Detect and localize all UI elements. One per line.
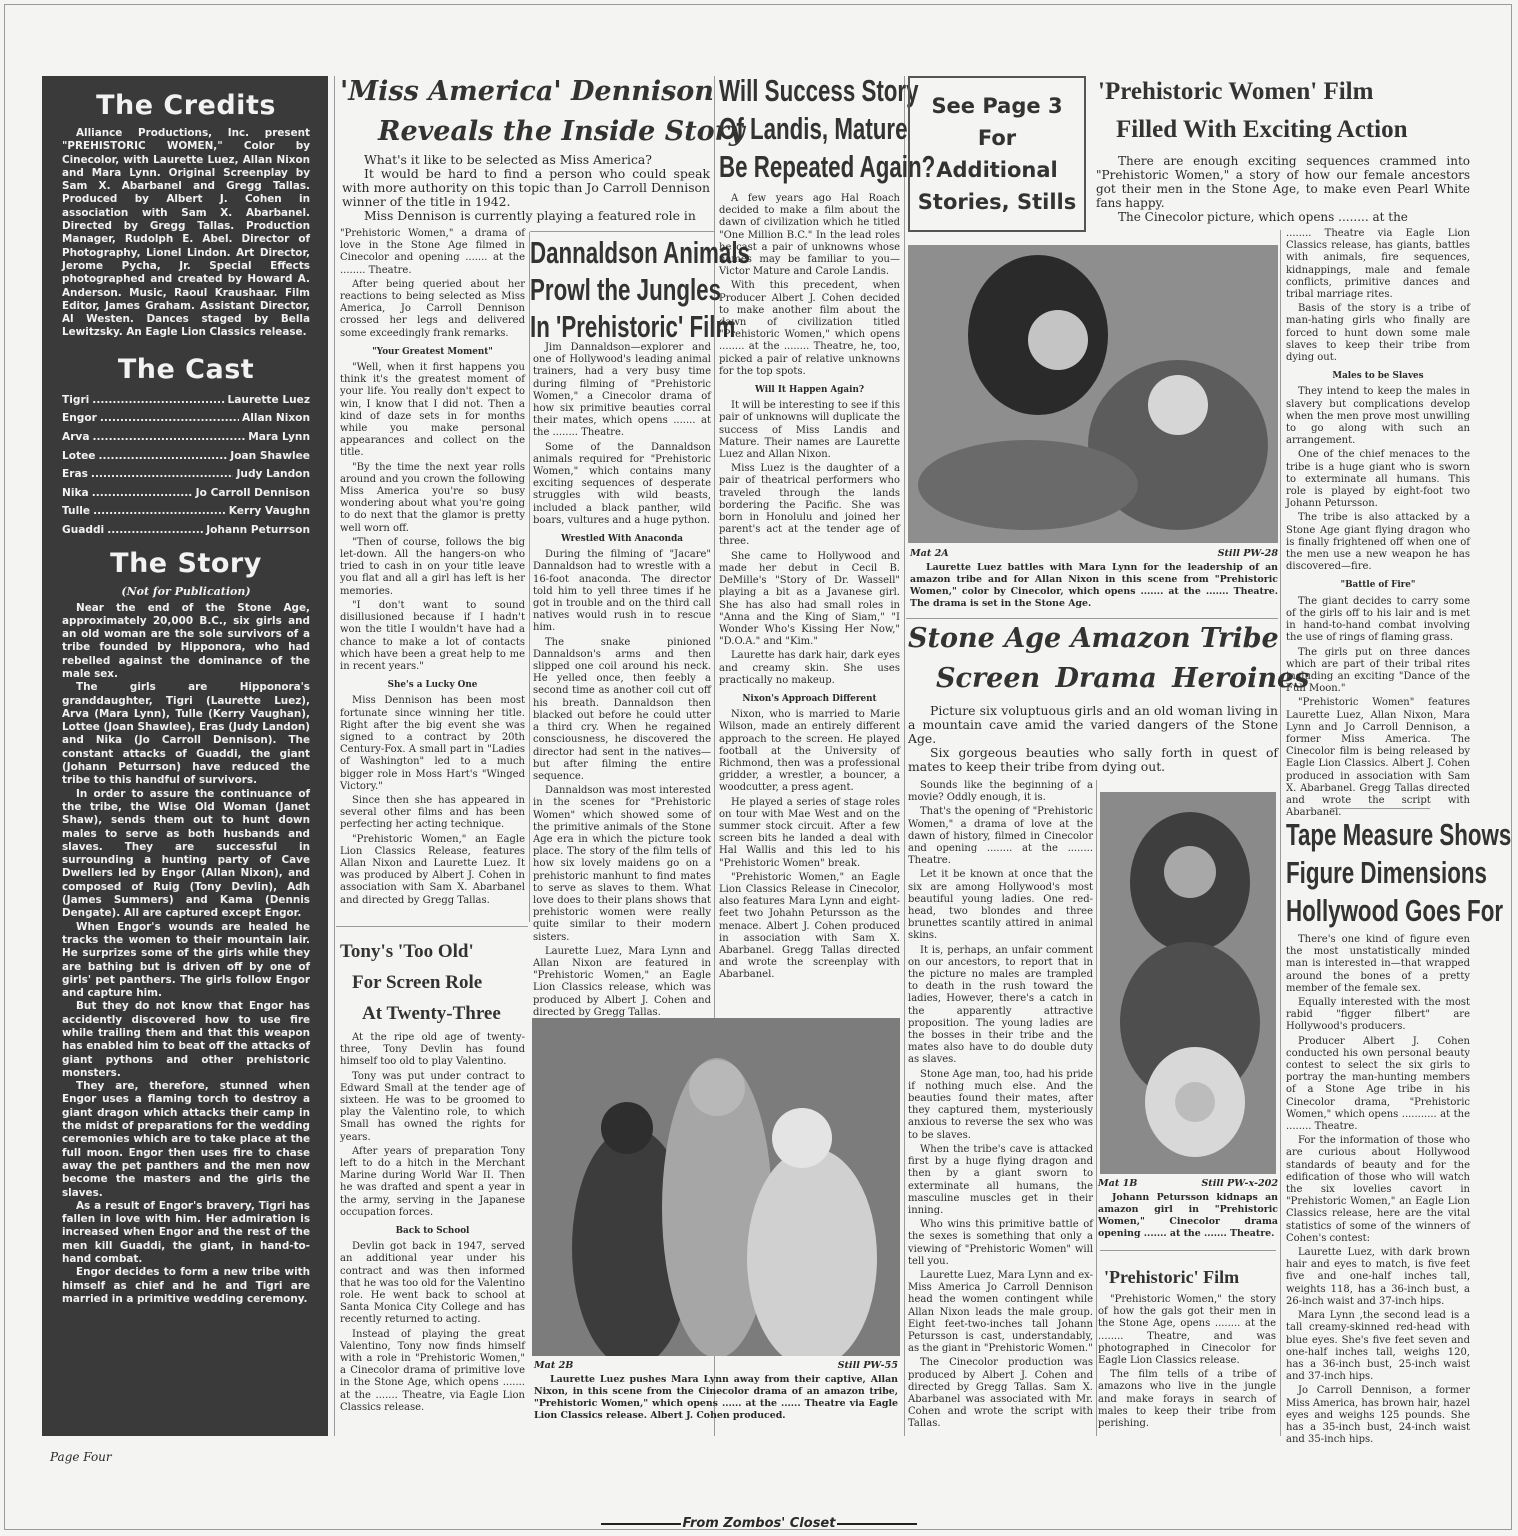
- lead-paragraph: It would be hard to find a person who co…: [342, 167, 710, 209]
- article-paragraph: "Then of course, follows the big let-dow…: [340, 537, 525, 598]
- cast-row: EngorAllan Nixon: [62, 409, 310, 428]
- story-paragraph: Engor decides to form a new tribe with h…: [62, 1266, 310, 1306]
- mat-label: Mat 1B: [1098, 1178, 1137, 1190]
- cast-actor: Judy Landon: [236, 465, 310, 484]
- amazon-headline: Stone Age Amazon Tribe: [908, 620, 1279, 658]
- caption-text: Laurette Luez battles with Mara Lynn for…: [910, 562, 1278, 610]
- photo-2a-caption: Mat 2AStill PW-28 Laurette Luez battles …: [910, 548, 1278, 610]
- article-paragraph: Some of the Dannaldson animals required …: [533, 442, 711, 527]
- headline-line: Hollywood Goes For: [1286, 892, 1511, 930]
- article-paragraph: Mara Lynn ,the second lead is a tall cre…: [1286, 1310, 1470, 1383]
- column-rule: [1280, 230, 1281, 1436]
- photo-image-icon: [1100, 792, 1276, 1174]
- story-paragraph: In order to assure the continuance of th…: [62, 788, 310, 921]
- headline-line: At Twenty-Three: [340, 998, 501, 1029]
- section-rule: [906, 618, 1278, 619]
- divider: [601, 1523, 681, 1525]
- photo-2b-meta: Mat 2BStill PW-55: [534, 1360, 898, 1372]
- subhead: Will It Happen Again?: [719, 384, 900, 396]
- article-paragraph: Miss Dennison has been most fortunate si…: [340, 695, 525, 793]
- article-paragraph: One of the chief menaces to the tribe is…: [1286, 449, 1470, 510]
- article-paragraph: Tony was put under contract to Edward Sm…: [340, 1071, 525, 1144]
- headline-line: Tape Measure Shows: [1286, 816, 1511, 854]
- cast-row: TigriLaurette Luez: [62, 391, 310, 410]
- article-paragraph: During the filming of "Jacare" Dannaldso…: [533, 549, 711, 634]
- headline-line: Figure Dimensions: [1286, 854, 1511, 892]
- tape-measure-body: There's one kind of figure even the most…: [1286, 934, 1470, 1448]
- article-paragraph: Dannaldson was most interested in the sc…: [533, 785, 711, 944]
- cast-list: TigriLaurette Luez EngorAllan Nixon Arva…: [62, 391, 310, 540]
- section-rule: [1100, 1250, 1276, 1251]
- article-paragraph: Laurette Luez, Mara Lynn and ex-Miss Ame…: [908, 1270, 1093, 1355]
- article-paragraph: Instead of playing the great Valentino, …: [340, 1329, 525, 1414]
- article-paragraph: They intend to keep the males in slavery…: [1286, 386, 1470, 447]
- cast-row: NikaJo Carroll Dennison: [62, 484, 310, 503]
- photo-1b-caption: Mat 1BStill PW-x-202 Johann Petursson ki…: [1098, 1178, 1278, 1240]
- story-title: The Story: [62, 548, 310, 579]
- story-paragraph: They are, therefore, stunned when Engor …: [62, 1080, 310, 1200]
- still-photo-2a: [908, 245, 1278, 543]
- article-paragraph: Nixon, who is married to Marie Wilson, m…: [719, 709, 900, 794]
- article-paragraph: ........ Theatre via Eagle Lion Classics…: [1286, 228, 1470, 301]
- cast-title: The Cast: [62, 354, 310, 385]
- miss-america-body: "Prehistoric Women," a drama of love in …: [340, 228, 525, 909]
- box-line: For: [910, 122, 1084, 154]
- article-paragraph: Stone Age man, too, had his pride if not…: [908, 1069, 1093, 1142]
- article-paragraph: "By the time the next year rolls around …: [340, 462, 525, 535]
- cast-role: Tulle: [62, 502, 90, 521]
- section-rule: [1330, 808, 1430, 809]
- article-paragraph: Basis of the story is a tribe of man-hat…: [1286, 303, 1470, 364]
- subhead: Nixon's Approach Different: [719, 693, 900, 705]
- action-film-headline-2: Filled With Exciting Action: [1116, 110, 1407, 150]
- mat-label: Mat 2B: [534, 1360, 573, 1372]
- story-subtitle: (Not for Publication): [62, 585, 310, 598]
- cast-role: Eras: [62, 465, 88, 484]
- action-film-lead: There are enough exciting sequences cram…: [1096, 154, 1470, 224]
- headline-line: For Screen Role: [340, 967, 501, 998]
- cast-actor: Joan Shawlee: [230, 447, 310, 466]
- subhead: "Battle of Fire": [1286, 579, 1470, 591]
- still-label: Still PW-55: [838, 1360, 898, 1372]
- article-paragraph: Jo Carroll Dennison, a former Miss Ameri…: [1286, 1385, 1470, 1446]
- photo-image-icon: [532, 1018, 900, 1356]
- article-paragraph: The girls put on three dances which are …: [1286, 647, 1470, 696]
- article-paragraph: At the ripe old age of twenty-three, Ton…: [340, 1032, 525, 1069]
- still-label: Still PW-28: [1218, 548, 1278, 560]
- cast-row: TulleKerry Vaughn: [62, 502, 310, 521]
- story-paragraph: Near the end of the Stone Age, approxima…: [62, 602, 310, 682]
- article-paragraph: A few years ago Hal Roach decided to mak…: [719, 193, 900, 278]
- story-paragraph: As a result of Engor's bravery, Tigri ha…: [62, 1200, 310, 1266]
- action-film-headline: 'Prehistoric Women' Film: [1098, 72, 1373, 112]
- tony-body: At the ripe old age of twenty-three, Ton…: [340, 1032, 525, 1416]
- photo-1b-meta: Mat 1BStill PW-x-202: [1098, 1178, 1278, 1190]
- miss-america-headline-2: Reveals the Inside Story: [378, 114, 745, 150]
- miss-america-lead: What's it like to be selected as Miss Am…: [342, 153, 710, 223]
- article-paragraph: When the tribe's cave is attacked first …: [908, 1144, 1093, 1217]
- headline-line: Of Landis, Mature: [719, 110, 935, 148]
- lead-paragraph: The Cinecolor picture, which opens .....…: [1096, 210, 1470, 224]
- article-paragraph: Producer Albert J. Cohen conducted his o…: [1286, 1036, 1470, 1134]
- amazon-lead: Picture six voluptuous girls and an old …: [908, 704, 1278, 774]
- cast-role: Guaddi: [62, 521, 104, 540]
- article-paragraph: After being queried about her reactions …: [340, 279, 525, 340]
- lead-paragraph: Six gorgeous beauties who sally forth in…: [908, 746, 1278, 774]
- photo-image-icon: [908, 245, 1278, 543]
- headline-line: Prowl the Jungles: [530, 271, 750, 308]
- success-story-body: A few years ago Hal Roach decided to mak…: [719, 193, 900, 984]
- article-paragraph: "Well, when it first happens you think i…: [340, 362, 525, 460]
- article-paragraph: The giant decides to carry some of the g…: [1286, 596, 1470, 645]
- article-paragraph: Devlin got back in 1947, served an addit…: [340, 1241, 525, 1326]
- amazon-headline-2: Screen Drama Heroines: [936, 660, 1309, 698]
- story-paragraph: The girls are Hipponora's granddaughter,…: [62, 681, 310, 787]
- caption-text: Johann Petursson kidnaps an amazon girl …: [1098, 1192, 1278, 1240]
- credits-text: Alliance Productions, Inc. present "PREH…: [62, 127, 310, 340]
- headline-line: Will Success Story: [719, 72, 935, 110]
- column-rule: [904, 76, 905, 1436]
- story-paragraph: When Engor's wounds are healed he tracks…: [62, 921, 310, 1001]
- credits-title: The Credits: [62, 90, 310, 121]
- lead-paragraph: Miss Dennison is currently playing a fea…: [342, 209, 710, 223]
- cast-role: Engor: [62, 409, 97, 428]
- lead-paragraph: What's it like to be selected as Miss Am…: [342, 153, 710, 167]
- article-paragraph: She came to Hollywood and made her debut…: [719, 551, 900, 649]
- cast-actor: Kerry Vaughn: [229, 502, 310, 521]
- mat-label: Mat 2A: [910, 548, 949, 560]
- article-paragraph: Laurette Luez, Mara Lynn and Allan Nixon…: [533, 946, 711, 1019]
- tape-measure-headline: Tape Measure Shows Figure Dimensions Hol…: [1286, 816, 1511, 930]
- article-paragraph: Jim Dannaldson—explorer and one of Holly…: [533, 342, 711, 440]
- page-number: Page Four: [50, 1450, 112, 1464]
- article-paragraph: The tribe is also attacked by a Stone Ag…: [1286, 512, 1470, 573]
- article-paragraph: He played a series of stage roles on tou…: [719, 797, 900, 870]
- still-label: Still PW-x-202: [1201, 1178, 1278, 1190]
- cast-actor: Allan Nixon: [242, 409, 310, 428]
- action-film-body: ........ Theatre via Eagle Lion Classics…: [1286, 228, 1470, 821]
- article-paragraph: "Prehistoric Women," the story of how th…: [1098, 1294, 1276, 1367]
- cast-role: Lotee: [62, 447, 95, 466]
- box-line: See Page 3: [910, 90, 1084, 122]
- cast-row: ErasJudy Landon: [62, 465, 310, 484]
- tony-headline: Tony's 'Too Old' For Screen Role At Twen…: [340, 936, 501, 1029]
- source-credit-text: From Zombos' Closet: [683, 1516, 836, 1531]
- headline-line: In 'Prehistoric' Film: [530, 308, 750, 345]
- credits-sidebar: The Credits Alliance Productions, Inc. p…: [42, 76, 328, 1436]
- article-paragraph: Who wins this primitive battle of the se…: [908, 1219, 1093, 1268]
- article-paragraph: Laurette has dark hair, dark eyes and cr…: [719, 650, 900, 687]
- divider: [837, 1523, 917, 1525]
- cast-role: Arva: [62, 428, 89, 447]
- subhead: She's a Lucky One: [340, 679, 525, 691]
- article-paragraph: Laurette Luez, with dark brown hair and …: [1286, 1247, 1470, 1308]
- article-paragraph: "Prehistoric Women," an Eagle Lion Class…: [719, 872, 900, 982]
- miss-america-headline: 'Miss America' Dennison: [340, 74, 714, 110]
- headline-line: Be Repeated Again?: [719, 148, 935, 186]
- article-paragraph: There's one kind of figure even the most…: [1286, 934, 1470, 995]
- dannaldson-headline: Dannaldson Animals Prowl the Jungles In …: [530, 234, 750, 345]
- headline-line: Dannaldson Animals: [530, 234, 750, 271]
- box-line: Additional: [910, 154, 1084, 186]
- cast-role: Tigri: [62, 391, 89, 410]
- lead-paragraph: Picture six voluptuous girls and an old …: [908, 704, 1278, 746]
- column-rule: [334, 76, 335, 1436]
- article-paragraph: Sounds like the beginning of a movie? Od…: [908, 780, 1093, 804]
- article-paragraph: The snake pinioned Dannaldson's arms and…: [533, 637, 711, 783]
- story-paragraph: But they do not know that Engor has acci…: [62, 1000, 310, 1080]
- subhead: Males to be Slaves: [1286, 370, 1470, 382]
- cast-row: LoteeJoan Shawlee: [62, 447, 310, 466]
- article-paragraph: The film tells of a tribe of amazons who…: [1098, 1369, 1276, 1430]
- cast-actor: Laurette Luez: [228, 391, 311, 410]
- amazon-body: Sounds like the beginning of a movie? Od…: [908, 780, 1093, 1433]
- prehistoric-film-body: "Prehistoric Women," the story of how th…: [1098, 1294, 1276, 1432]
- article-paragraph: Let it be known at once that the six are…: [908, 869, 1093, 942]
- dannaldson-body: Jim Dannaldson—explorer and one of Holly…: [533, 342, 711, 1021]
- still-photo-1b: [1100, 792, 1276, 1174]
- prehistoric-film-headline: 'Prehistoric' Film: [1104, 1264, 1239, 1290]
- subhead: Wrestled With Anaconda: [533, 533, 711, 545]
- story-text: Near the end of the Stone Age, approxima…: [62, 602, 310, 1307]
- headline-line: Tony's 'Too Old': [340, 936, 501, 967]
- caption-text: Laurette Luez pushes Mara Lynn away from…: [534, 1374, 898, 1422]
- article-paragraph: That's the opening of "Prehistoric Women…: [908, 806, 1093, 867]
- cast-actor: Johann Peturrson: [206, 521, 310, 540]
- cast-role: Nika: [62, 484, 89, 503]
- section-rule: [336, 926, 528, 927]
- lead-paragraph: There are enough exciting sequences cram…: [1096, 154, 1470, 210]
- cast-actor: Jo Carroll Dennison: [196, 484, 310, 503]
- article-paragraph: It will be interesting to see if this pa…: [719, 400, 900, 461]
- cast-row: GuaddiJohann Peturrson: [62, 521, 310, 540]
- article-paragraph: It is, perhaps, an unfair comment on our…: [908, 945, 1093, 1067]
- article-paragraph: After years of preparation Tony left to …: [340, 1146, 525, 1219]
- subhead: "Your Greatest Moment": [340, 346, 525, 358]
- article-paragraph: The Cinecolor production was produced by…: [908, 1357, 1093, 1430]
- article-paragraph: Equally interested with the most rabid "…: [1286, 997, 1470, 1034]
- article-paragraph: Miss Luez is the daughter of a pair of t…: [719, 463, 900, 548]
- cast-actor: Mara Lynn: [248, 428, 310, 447]
- article-paragraph: "I don't want to sound disillusioned bec…: [340, 600, 525, 673]
- column-rule: [1096, 780, 1097, 1436]
- article-paragraph: With this precedent, when Producer Alber…: [719, 280, 900, 378]
- article-paragraph: "Prehistoric Women" features Laurette Lu…: [1286, 697, 1470, 819]
- box-line: Stories, Stills: [910, 186, 1084, 218]
- still-photo-2b: [532, 1018, 900, 1356]
- article-paragraph: "Prehistoric Women," an Eagle Lion Class…: [340, 834, 525, 907]
- source-credit: From Zombos' Closet: [0, 1516, 1518, 1531]
- cast-row: ArvaMara Lynn: [62, 428, 310, 447]
- success-story-headline: Will Success Story Of Landis, Mature Be …: [719, 72, 935, 186]
- photo-2a-meta: Mat 2AStill PW-28: [910, 548, 1278, 560]
- article-paragraph: For the information of those who are cur…: [1286, 1135, 1470, 1245]
- see-page-3-box: See Page 3 For Additional Stories, Still…: [908, 76, 1086, 232]
- photo-2b-caption: Mat 2BStill PW-55 Laurette Luez pushes M…: [534, 1360, 898, 1422]
- article-paragraph: Since then she has appeared in several o…: [340, 795, 525, 832]
- subhead: Back to School: [340, 1225, 525, 1237]
- article-paragraph: "Prehistoric Women," a drama of love in …: [340, 228, 525, 277]
- section-rule: [530, 231, 714, 232]
